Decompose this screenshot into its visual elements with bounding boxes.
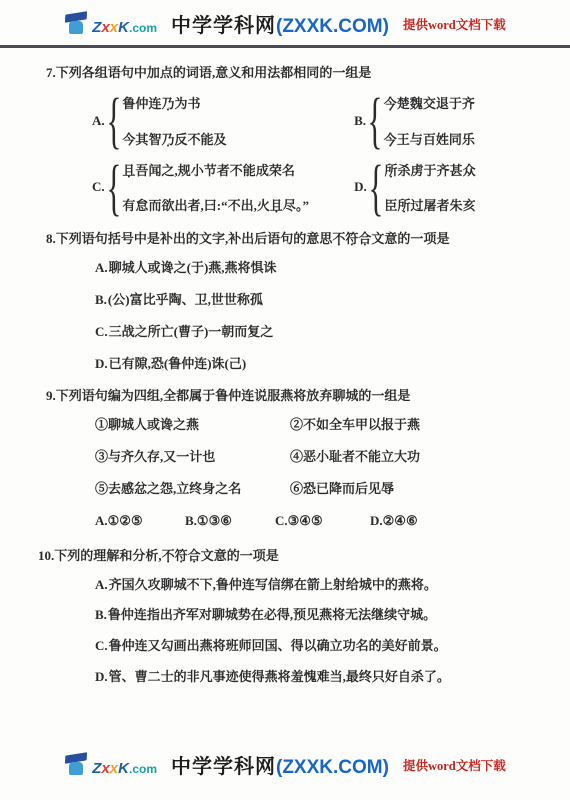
download-note: 提供word文档下载 xyxy=(403,15,506,33)
q10-option-b: B.鲁仲连指出齐军对聊城势在必得,预见燕将无法继续守城。 xyxy=(95,606,550,625)
q9-choice-b: B.①③⑥ xyxy=(185,512,275,531)
option-label: B. xyxy=(95,292,107,307)
logo-letter: x xyxy=(110,760,118,777)
header-brandbar: ZxxK.com 中学学科网(ZXXK.COM) 提供word文档下载 xyxy=(0,0,570,45)
q8-option-a: A.聊城人或谗之(于)燕,燕将惧诛 xyxy=(95,259,550,278)
graduation-cap-icon xyxy=(64,12,90,36)
option-label: B. xyxy=(95,607,107,622)
q7-c-line-1: 且吾闻之,规小节者不能成荣名 xyxy=(122,162,309,181)
q7-group-d: D. { 所杀虏于齐甚众 臣所过屠者朱亥 xyxy=(354,160,560,217)
q7-c-line-2: 有怠而欲出者,曰:“不出,火且尽。” xyxy=(122,197,309,216)
question-9-stem: 9.下列语句编为四组,全都属于鲁仲连说服燕将放弃聊城的一组是 xyxy=(46,387,540,406)
option-label: A. xyxy=(92,112,105,131)
logo-letter: K xyxy=(118,19,129,36)
question-8: 8.下列语句括号中是补出的文字,补出后语句的意思不符合文意的一项是 A.聊城人或… xyxy=(0,230,570,373)
option-label: C. xyxy=(95,638,108,653)
option-text: 已有隙,恐(鲁仲连)诛(己) xyxy=(109,356,247,371)
exam-page: ZxxK.com 中学学科网(ZXXK.COM) 提供word文档下载 7.下列… xyxy=(0,0,570,800)
option-label: D. xyxy=(95,356,108,371)
site-footer: ZxxK.com 中学学科网(ZXXK.COM) 提供word文档下载 xyxy=(0,741,570,786)
option-text: (公)富比乎陶、卫,世世称孤 xyxy=(108,292,263,307)
q10-option-c: C.鲁仲连又勾画出燕将班师回国、得以确立功名的美好前景。 xyxy=(95,637,550,656)
option-label: D. xyxy=(95,669,108,684)
option-label: A. xyxy=(95,260,108,275)
site-title: 中学学科网 xyxy=(171,15,276,37)
q7-a-line-1: 鲁仲连乃为书 xyxy=(122,95,226,114)
q9-choice-a: A.①②⑤ xyxy=(95,512,185,531)
option-text: 鲁仲连指出齐军对聊城势在必得,预见燕将无法继续守城。 xyxy=(108,607,436,622)
site-title: 中学学科网 xyxy=(171,756,276,778)
logo-wordmark: ZxxK.com xyxy=(92,19,157,36)
q10-option-a: A.齐国久攻聊城不下,鲁仲连写信绑在箭上射给城中的燕将。 xyxy=(95,576,550,595)
zxxk-logo: ZxxK.com xyxy=(64,753,157,777)
option-label: C. xyxy=(92,178,105,197)
q9-item-2: ②不如全车甲以报于燕 xyxy=(290,416,550,435)
q7-group-c: C. { 且吾闻之,规小节者不能成荣名 有怠而欲出者,曰:“不出,火且尽。” xyxy=(92,160,354,217)
q9-item-3: ③与齐久存,又一计也 xyxy=(95,448,290,467)
question-10: 10.下列的理解和分析,不符合文意的一项是 A.齐国久攻聊城不下,鲁仲连写信绑在… xyxy=(0,547,570,687)
q8-option-c: C.三战之所亡(曹子)一朝而复之 xyxy=(95,323,550,342)
q7-group-b: B. { 今楚魏交退于齐 今王与百姓同乐 xyxy=(354,93,560,150)
download-note: 提供word文档下载 xyxy=(403,756,506,774)
q7-b-line-2: 今王与百姓同乐 xyxy=(384,131,475,150)
q9-item-4: ④恶小耻者不能立大功 xyxy=(290,448,550,467)
q7-d-line-1: 所杀虏于齐甚众 xyxy=(384,162,475,181)
site-title-group: 中学学科网(ZXXK.COM) xyxy=(171,750,389,779)
q7-group-a: A. { 鲁仲连乃为书 今其智乃反不能及 xyxy=(92,93,354,150)
q9-choice-c: C.③④⑤ xyxy=(275,512,370,531)
site-title-group: 中学学科网(ZXXK.COM) xyxy=(171,9,389,38)
q7-d-line-2: 臣所过屠者朱亥 xyxy=(384,197,475,216)
graduation-cap-icon xyxy=(64,753,90,777)
zxxk-logo: ZxxK.com xyxy=(64,12,157,36)
left-brace-icon: { xyxy=(368,160,383,216)
q7-b-line-1: 今楚魏交退于齐 xyxy=(384,95,475,114)
option-text: 管、曹二士的非凡事迹使得燕将羞愧难当,最终只好自杀了。 xyxy=(109,669,450,684)
logo-wordmark: ZxxK.com xyxy=(92,760,157,777)
q9-item-5: ⑤去感忿之怨,立终身之名 xyxy=(95,480,290,499)
q9-item-6: ⑥恐已降而后见辱 xyxy=(290,480,550,499)
option-label: C. xyxy=(95,324,108,339)
q9-numbered-items: ①聊城人或谗之燕 ②不如全车甲以报于燕 ③与齐久存,又一计也 ④恶小耻者不能立大… xyxy=(95,416,550,499)
option-label: D. xyxy=(354,178,367,197)
left-brace-icon: { xyxy=(106,160,121,216)
q8-option-d: D.已有隙,恐(鲁仲连)诛(己) xyxy=(95,355,550,374)
site-header: ZxxK.com 中学学科网(ZXXK.COM) 提供word文档下载 xyxy=(0,0,570,48)
question-9: 9.下列语句编为四组,全都属于鲁仲连说服燕将放弃聊城的一组是 ①聊城人或谗之燕 … xyxy=(0,387,570,530)
question-7: 7.下列各组语句中加点的词语,意义和用法都相同的一组是 A. { 鲁仲连乃为书 … xyxy=(0,64,570,216)
q10-option-d: D.管、曹二士的非凡事迹使得燕将羞愧难当,最终只好自杀了。 xyxy=(95,668,550,687)
footer-brandbar: ZxxK.com 中学学科网(ZXXK.COM) 提供word文档下载 xyxy=(0,741,570,786)
logo-letter: x xyxy=(101,760,109,777)
q8-option-b: B.(公)富比乎陶、卫,世世称孤 xyxy=(95,291,550,310)
q9-item-1: ①聊城人或谗之燕 xyxy=(95,416,290,435)
q7-a-line-2: 今其智乃反不能及 xyxy=(122,131,226,150)
left-brace-icon: { xyxy=(106,93,121,149)
question-7-stem: 7.下列各组语句中加点的词语,意义和用法都相同的一组是 xyxy=(46,64,540,83)
option-text: 鲁仲连又勾画出燕将班师回国、得以确立功名的美好前景。 xyxy=(109,638,447,653)
question-area: 7.下列各组语句中加点的词语,意义和用法都相同的一组是 A. { 鲁仲连乃为书 … xyxy=(0,48,570,687)
logo-letter: x xyxy=(110,19,118,36)
left-brace-icon: { xyxy=(367,93,382,149)
q9-answer-choices: A.①②⑤ B.①③⑥ C.③④⑤ D.②④⑥ xyxy=(95,512,550,531)
q9-choice-d: D.②④⑥ xyxy=(370,512,418,531)
logo-domain: .com xyxy=(129,21,157,35)
logo-letter: K xyxy=(118,760,129,777)
option-text: 三战之所亡(曹子)一朝而复之 xyxy=(109,324,274,339)
option-label: A. xyxy=(95,577,108,592)
option-label: B. xyxy=(354,112,366,131)
logo-letter: x xyxy=(101,19,109,36)
option-text: 聊城人或谗之(于)燕,燕将惧诛 xyxy=(109,260,277,275)
logo-domain: .com xyxy=(129,762,157,776)
question-10-stem: 10.下列的理解和分析,不符合文意的一项是 xyxy=(38,547,540,566)
site-title-en: (ZXXK.COM) xyxy=(276,757,389,778)
option-text: 齐国久攻聊城不下,鲁仲连写信绑在箭上射给城中的燕将。 xyxy=(109,577,437,592)
site-title-en: (ZXXK.COM) xyxy=(276,16,389,37)
question-7-option-groups: A. { 鲁仲连乃为书 今其智乃反不能及 B. { 今楚魏交退于齐 今王与百姓同… xyxy=(92,93,560,216)
question-8-stem: 8.下列语句括号中是补出的文字,补出后语句的意思不符合文意的一项是 xyxy=(46,230,540,249)
